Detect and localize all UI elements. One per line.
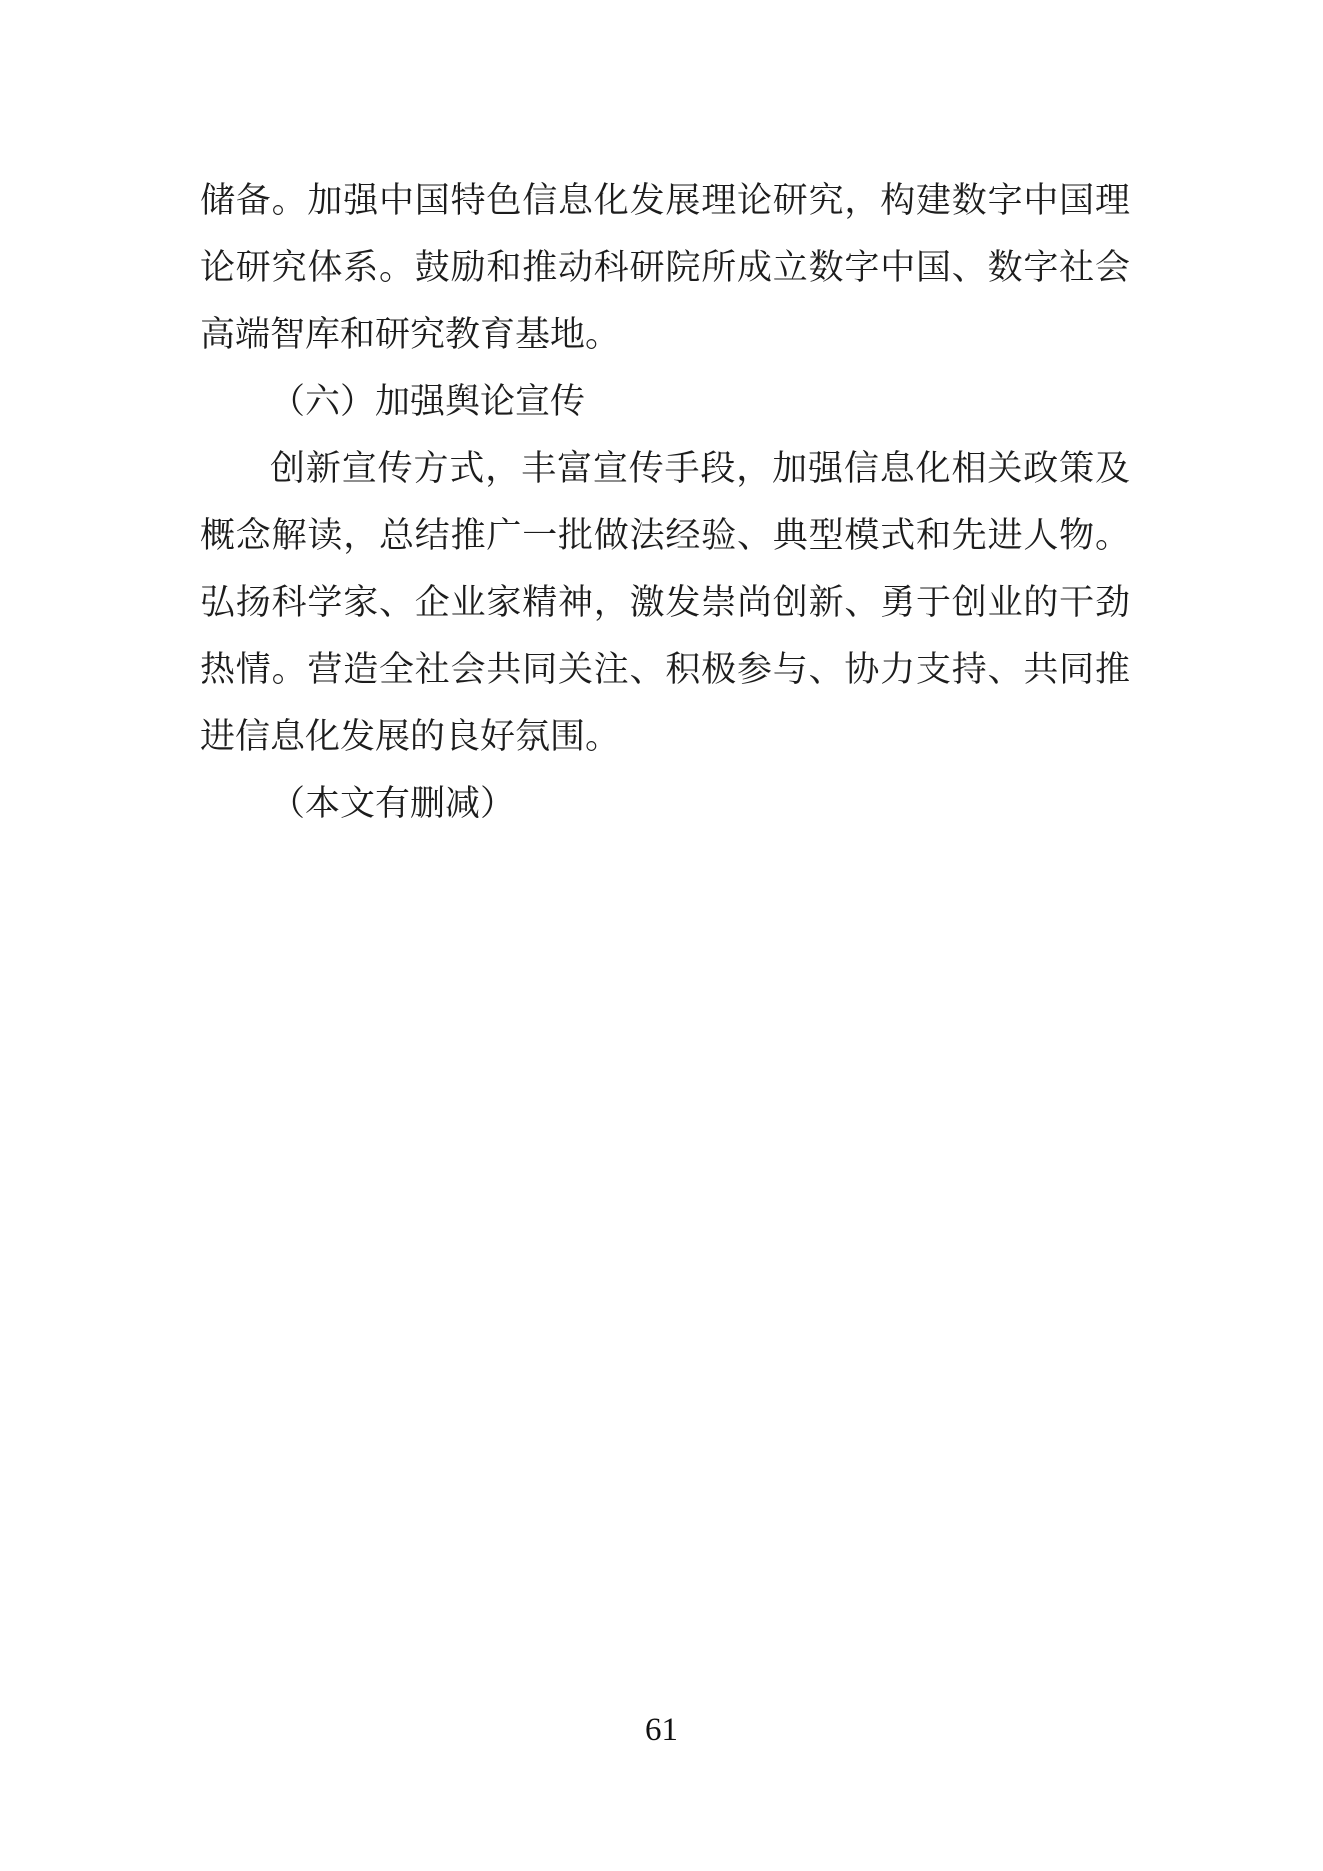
paragraph-continuation-line-1: 储备。加强中国特色信息化发展理论研究，构建数字中国理 xyxy=(200,167,1130,234)
document-body: 储备。加强中国特色信息化发展理论研究，构建数字中国理 论研究体系。鼓励和推动科研… xyxy=(200,167,1130,837)
paragraph-continuation-line-3: 高端智库和研究教育基地。 xyxy=(200,301,1130,368)
page-number: 61 xyxy=(0,1710,1323,1750)
paragraph-line-3: 弘扬科学家、企业家精神，激发崇尚创新、勇于创业的干劲 xyxy=(200,569,1130,636)
paragraph-line-1: 创新宣传方式，丰富宣传手段，加强信息化相关政策及 xyxy=(200,435,1130,502)
section-heading: （六）加强舆论宣传 xyxy=(200,368,1130,435)
paragraph-line-2: 概念解读，总结推广一批做法经验、典型模式和先进人物。 xyxy=(200,502,1130,569)
paragraph-line-4: 热情。营造全社会共同关注、积极参与、协力支持、共同推 xyxy=(200,636,1130,703)
closing-note: （本文有删减） xyxy=(200,770,1130,837)
document-page: 储备。加强中国特色信息化发展理论研究，构建数字中国理 论研究体系。鼓励和推动科研… xyxy=(0,0,1323,1871)
paragraph-continuation-line-2: 论研究体系。鼓励和推动科研院所成立数字中国、数字社会 xyxy=(200,234,1130,301)
paragraph-line-5: 进信息化发展的良好氛围。 xyxy=(200,703,1130,770)
